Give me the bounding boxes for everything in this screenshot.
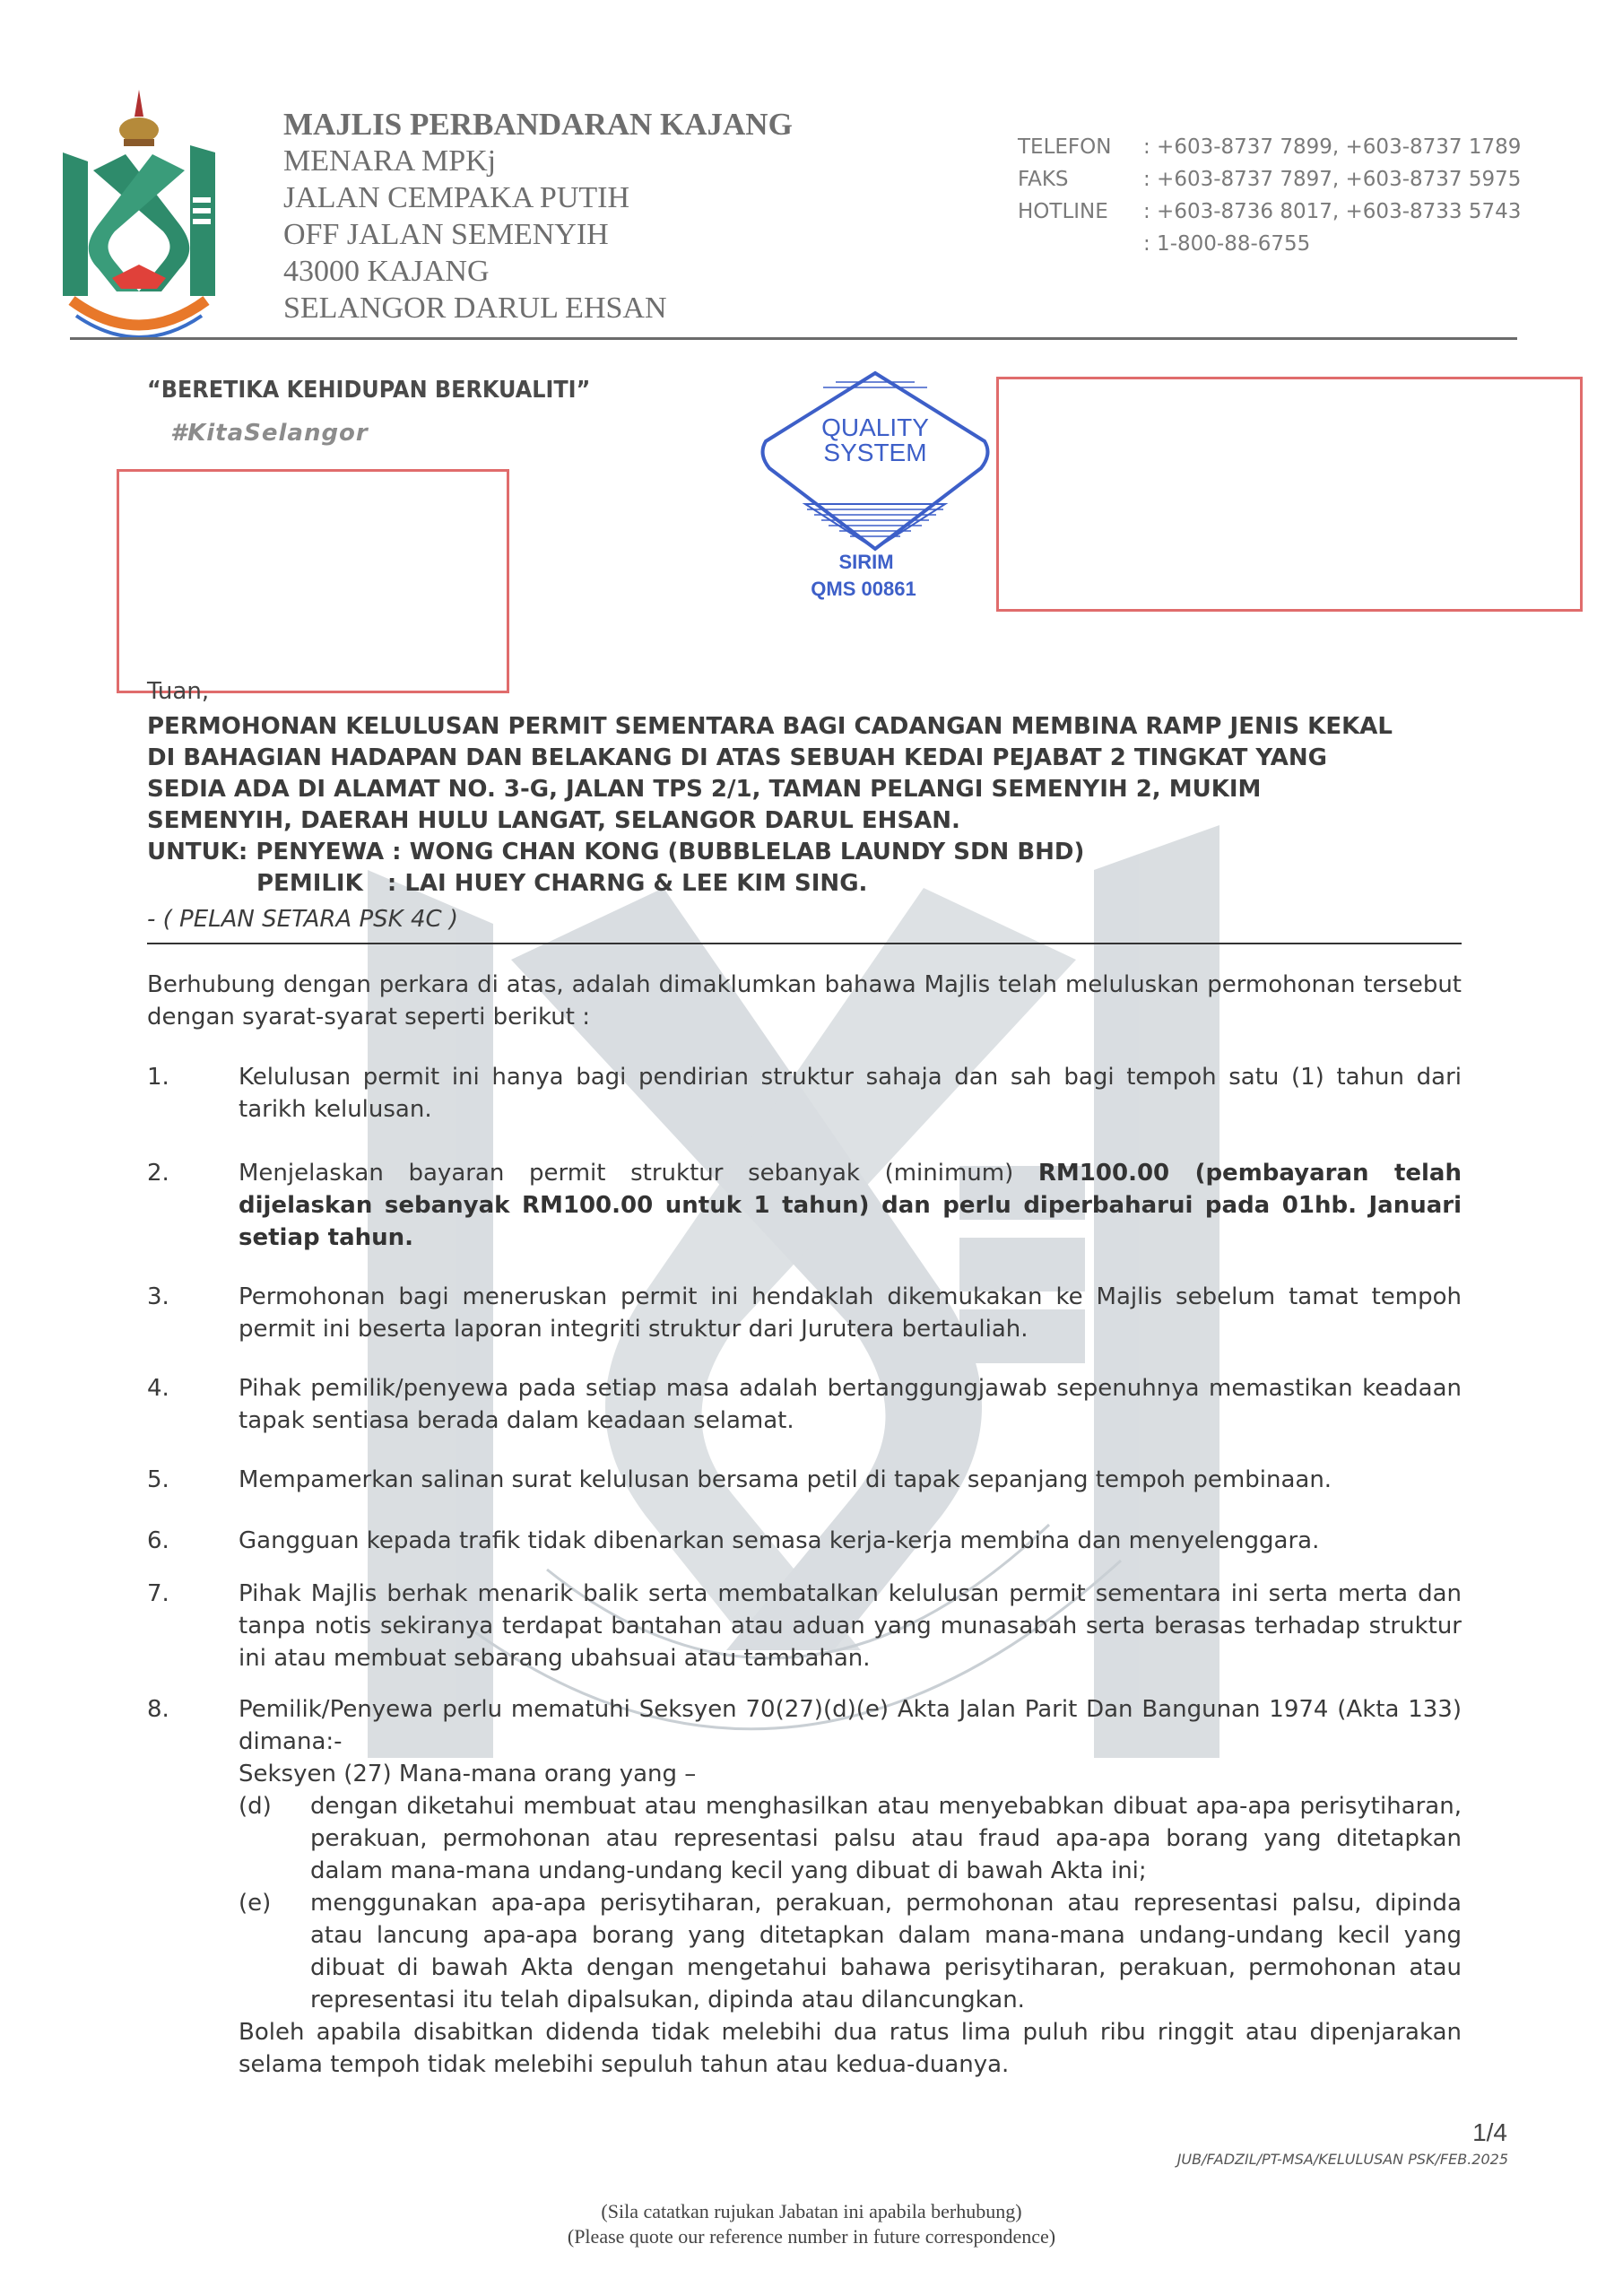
redacted-reference-block (996, 377, 1583, 612)
condition-item: 8. Pemilik/Penyewa perlu mematuhi Seksye… (147, 1693, 1462, 2081)
svg-text:SIRIM: SIRIM (838, 551, 893, 573)
redacted-recipient-address (117, 469, 509, 693)
contact-tollfree: : 1-800-88-6755 (1018, 228, 1521, 260)
condition-item: 7. Pihak Majlis berhak menarik balik ser… (147, 1578, 1462, 1674)
contact-hotline: HOTLINE: +603-8736 8017, +603-8733 5743 (1018, 196, 1521, 228)
sub-clause-e: (e) menggunakan apa-apa perisytiharan, p… (239, 1887, 1462, 2016)
svg-text:QUALITY: QUALITY (821, 413, 929, 441)
subject-divider (147, 943, 1462, 944)
sub-clause-d: (d) dengan diketahui membuat atau mengha… (239, 1790, 1462, 1887)
subject-heading: PERMOHONAN KELULUSAN PERMIT SEMENTARA BA… (147, 711, 1462, 900)
header-divider (70, 337, 1517, 340)
page-number: 1/4 (1472, 2118, 1507, 2147)
svg-text:QMS 00861: QMS 00861 (811, 578, 916, 600)
condition-item: 3. Permohonan bagi meneruskan permit ini… (147, 1281, 1462, 1345)
quality-system-stamp: QUALITY SYSTEM SIRIM QMS 00861 (760, 370, 990, 612)
motto: “BERETIKA KEHIDUPAN BERKUALITI” (147, 377, 590, 404)
address-line: SELANGOR DARUL EHSAN (283, 290, 793, 326)
condition-item: 1. Kelulusan permit ini hanya bagi pendi… (147, 1061, 1462, 1126)
address-line: 43000 KAJANG (283, 253, 793, 290)
reference-number: JUB/FADZIL/PT-MSA/KELULUSAN PSK/FEB.2025 (1177, 2151, 1508, 2168)
plan-reference: - ( PELAN SETARA PSK 4C ) (147, 906, 458, 933)
subject-owner: PEMILIK : LAI HUEY CHARNG & LEE KIM SING… (147, 868, 1462, 900)
organization-name: MAJLIS PERBANDARAN KAJANG (283, 106, 793, 143)
address-line: MENARA MPKj (283, 143, 793, 179)
hashtag-logo: #KitaSelangor (170, 420, 369, 447)
address-line: OFF JALAN SEMENYIH (283, 216, 793, 253)
condition-item: 6. Gangguan kepada trafik tidak dibenark… (147, 1525, 1462, 1557)
section-heading: Seksyen (27) Mana-mana orang yang – (239, 1758, 1462, 1790)
penalty-clause: Boleh apabila disabitkan didenda tidak m… (239, 2016, 1462, 2081)
subject-line: PERMOHONAN KELULUSAN PERMIT SEMENTARA BA… (147, 711, 1462, 743)
svg-text:SYSTEM: SYSTEM (823, 439, 926, 466)
subject-tenant: UNTUK: PENYEWA : WONG CHAN KONG (BUBBLEL… (147, 837, 1462, 868)
condition-item: 4. Pihak pemilik/penyewa pada setiap mas… (147, 1372, 1462, 1437)
contact-telefon: TELEFON: +603-8737 7899, +603-8737 1789 (1018, 131, 1521, 163)
subject-line: DI BAHAGIAN HADAPAN DAN BELAKANG DI ATAS… (147, 743, 1462, 774)
intro-paragraph: Berhubung dengan perkara di atas, adalah… (147, 969, 1462, 1033)
footer-note-malay: (Sila catatkan rujukan Jabatan ini apabi… (0, 2199, 1623, 2224)
condition-item: 5. Mempamerkan salinan surat kelulusan b… (147, 1464, 1462, 1496)
mpkj-logo (63, 90, 224, 341)
salutation: Tuan, (147, 678, 209, 705)
address-line: JALAN CEMPAKA PUTIH (283, 179, 793, 216)
footer-note-english: (Please quote our reference number in fu… (0, 2224, 1623, 2249)
contact-faks: FAKS: +603-8737 7897, +603-8737 5975 (1018, 163, 1521, 196)
subject-line: SEDIA ADA DI ALAMAT NO. 3-G, JALAN TPS 2… (147, 774, 1462, 805)
subject-line: SEMENYIH, DAERAH HULU LANGAT, SELANGOR D… (147, 805, 1462, 837)
footer-note: (Sila catatkan rujukan Jabatan ini apabi… (0, 2199, 1623, 2249)
contact-block: TELEFON: +603-8737 7899, +603-8737 1789 … (1018, 131, 1521, 260)
condition-item: 2. Menjelaskan bayaran permit struktur s… (147, 1157, 1462, 1254)
letterhead-address: MAJLIS PERBANDARAN KAJANG MENARA MPKj JA… (283, 106, 793, 326)
conditions-list: 1. Kelulusan permit ini hanya bagi pendi… (147, 1061, 1462, 2092)
